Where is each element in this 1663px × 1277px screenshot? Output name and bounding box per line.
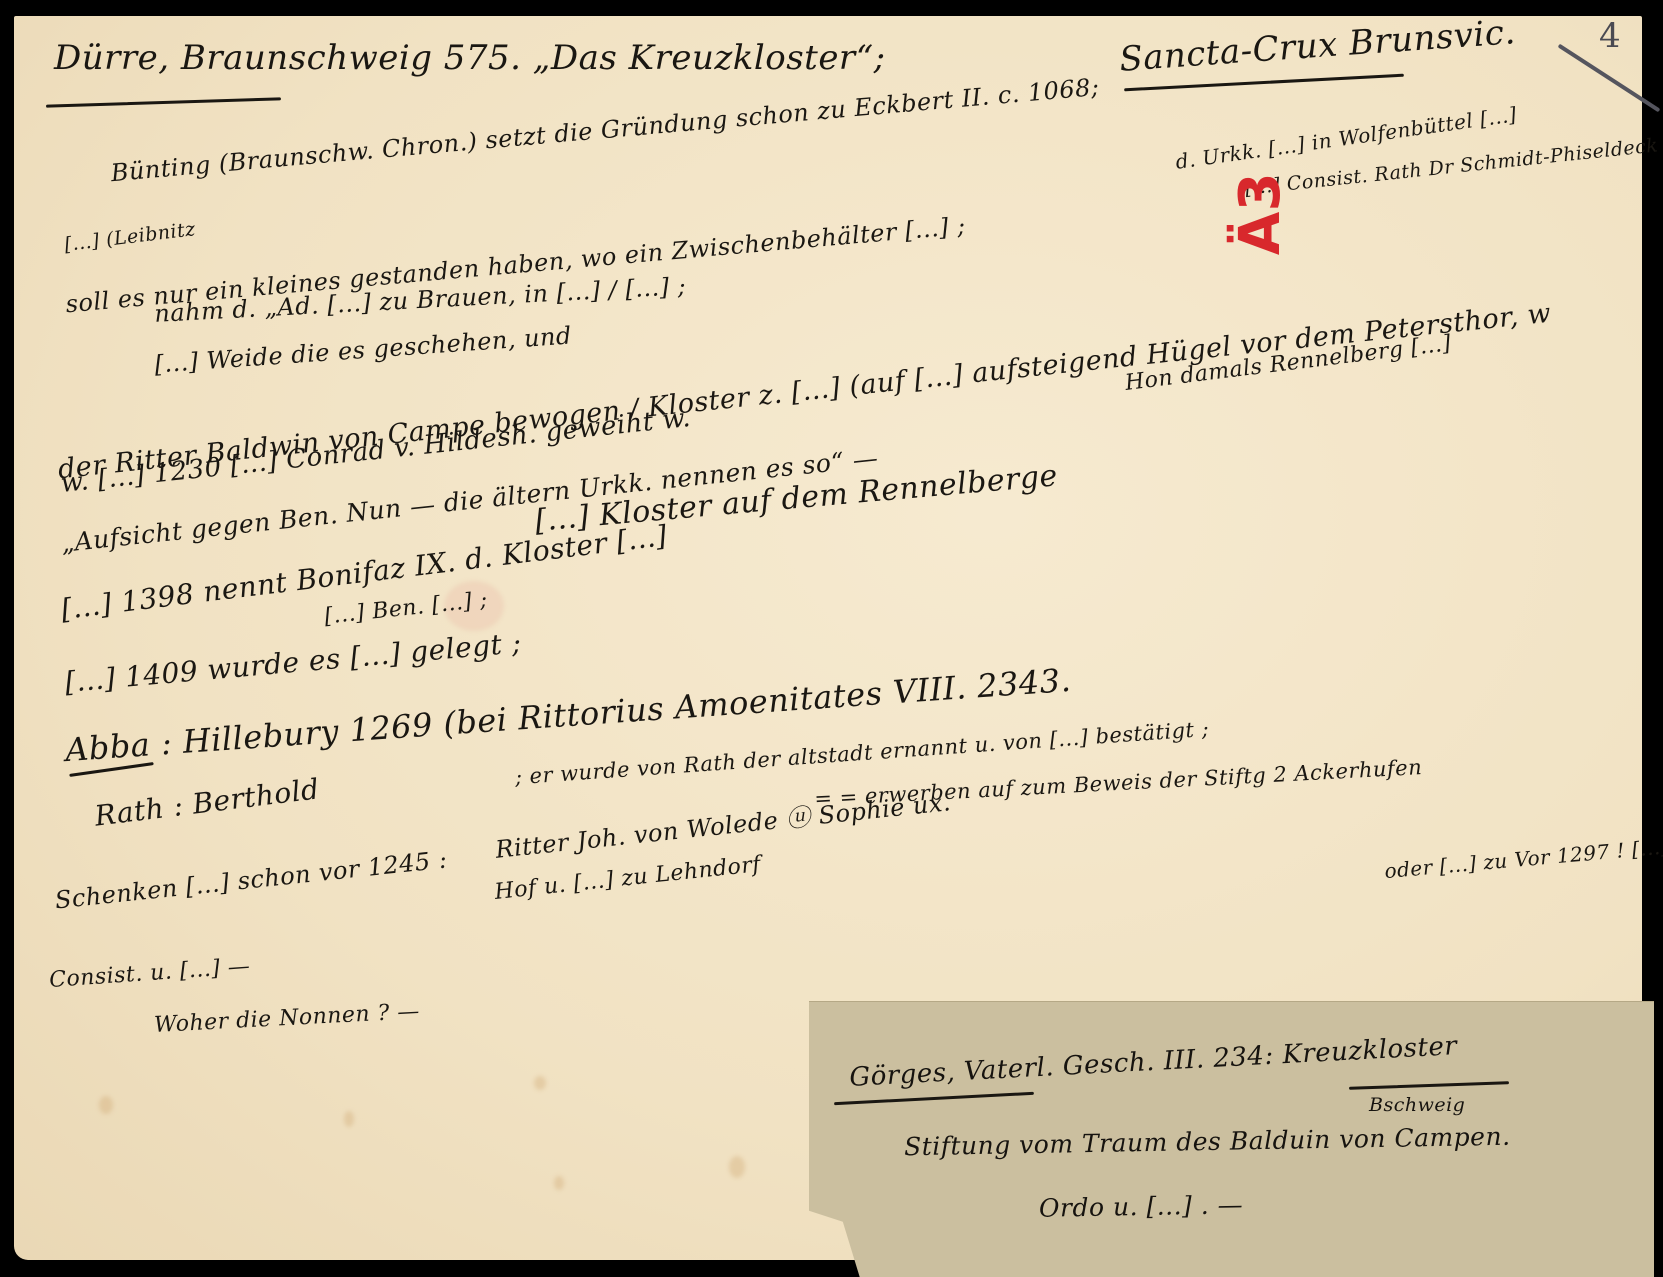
title-underline <box>46 97 281 107</box>
foxing-stain <box>729 1156 745 1178</box>
text-line: Consist. u. [...] — <box>48 954 251 993</box>
text-line: [...] 1409 wurde es [...] gelegt ; <box>63 626 522 699</box>
text-line: Ritter Joh. von Wolede ⓤ Sophie ux. <box>493 782 952 865</box>
foxing-stain <box>534 1076 546 1090</box>
text-line: Rath : Berthold <box>93 772 321 832</box>
header-right-title: Sancta-Crux Brunsvic. <box>1118 12 1517 80</box>
page-number: 4 <box>1599 16 1621 56</box>
foxing-stain <box>554 1176 564 1190</box>
slip-line-1: Görges, Vaterl. Gesch. III. 234: Kreuzkl… <box>849 1031 1458 1093</box>
header-left-title: Dürre, Braunschweig 575. „Das Kreuzklost… <box>54 38 886 78</box>
text-line: [...] (Leibnitz <box>63 218 197 256</box>
text-line: Woher die Nonnen ? — <box>154 999 421 1038</box>
pasted-paper-slip: Görges, Vaterl. Gesch. III. 234: Kreuzkl… <box>809 1001 1654 1277</box>
foxing-stain <box>344 1111 354 1127</box>
slip-underline-1 <box>834 1092 1034 1105</box>
slip-line-4: Ordo u. [...] . — <box>1039 1190 1244 1223</box>
slip-underline-2 <box>1349 1081 1509 1090</box>
foxing-stain <box>99 1096 113 1114</box>
text-line: Schenken [...] schon vor 1245 : <box>54 845 449 914</box>
manuscript-page: Dürre, Braunschweig 575. „Das Kreuzklost… <box>14 16 1642 1260</box>
slip-line-2: Bschweig <box>1369 1094 1465 1116</box>
text-line: Bünting (Braunschw. Chron.) setzt die Gr… <box>110 73 1101 187</box>
text-line: [...] Weide die es geschehen, und <box>154 321 573 378</box>
text-line: oder [...] zu Vor 1297 ! [...] ! <box>1384 833 1663 883</box>
red-crayon-mark: Ä3 <box>1228 172 1293 255</box>
slip-line-3: Stiftung vom Traum des Balduin von Campe… <box>904 1122 1511 1162</box>
